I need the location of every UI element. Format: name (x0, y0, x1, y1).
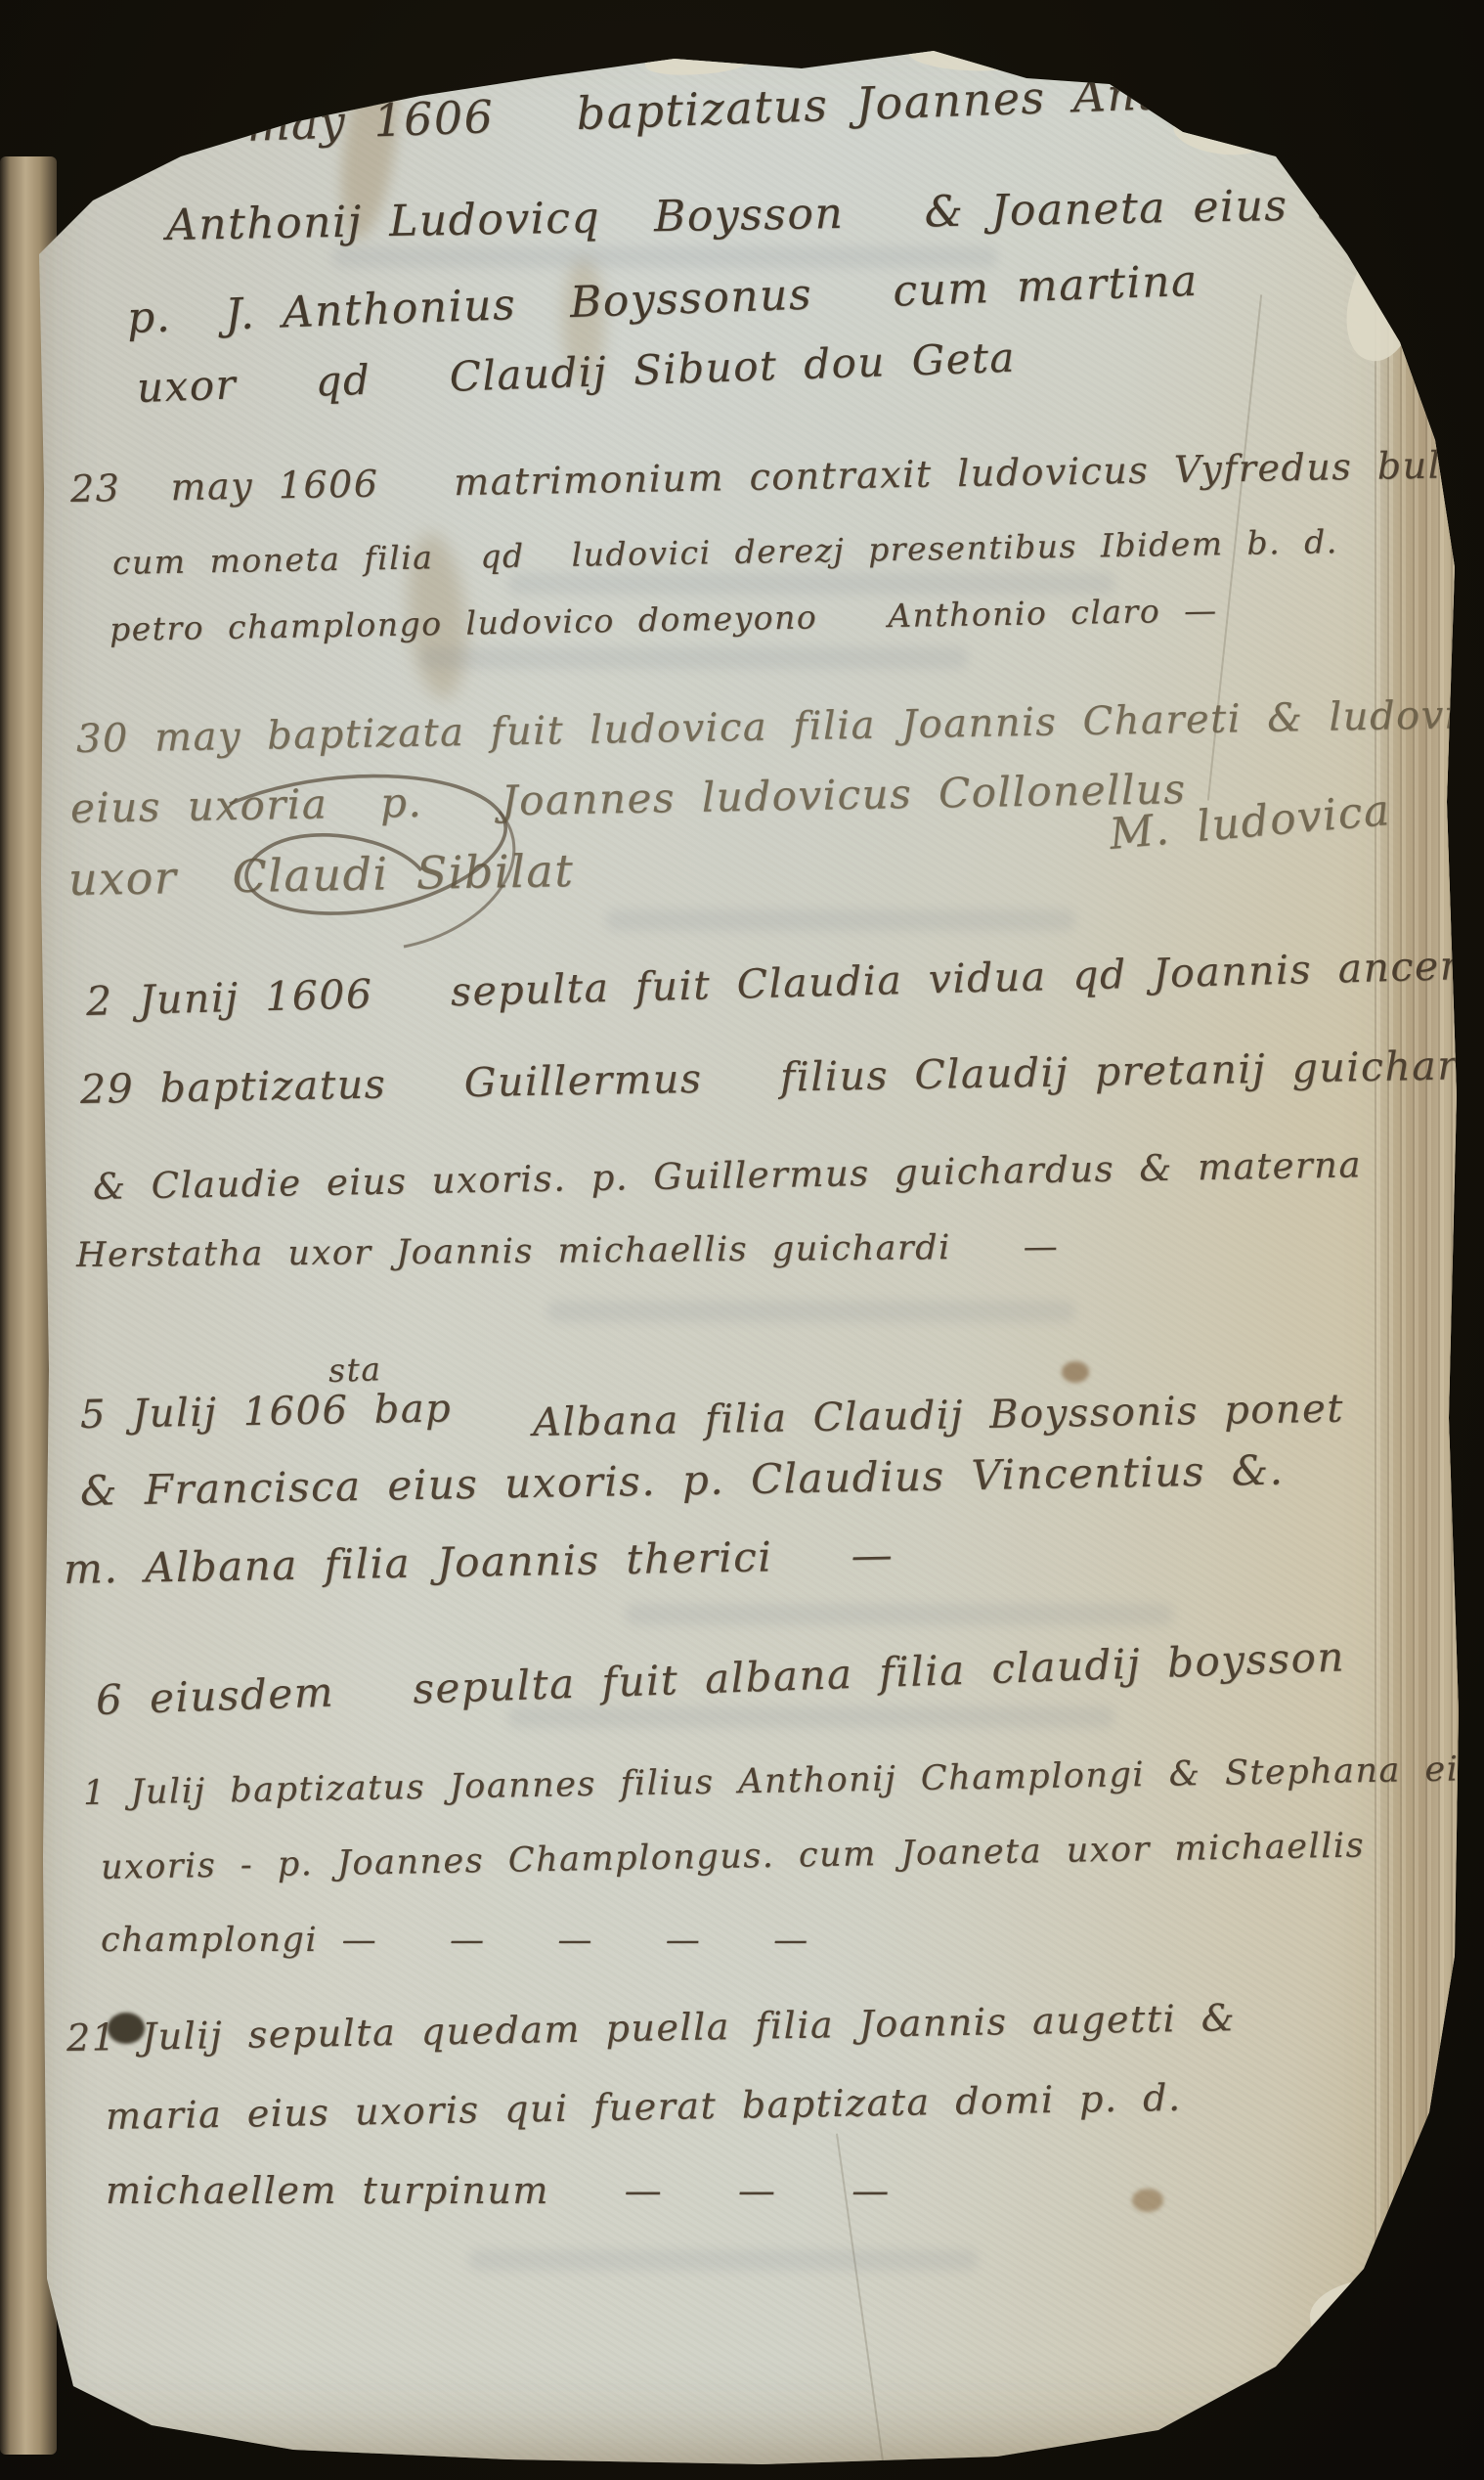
ink-showthrough (606, 909, 1075, 931)
torn-edge-fragment (1170, 106, 1268, 160)
entry-2-line-1: 23 may 1606 matrimonium contraxit ludovi… (70, 442, 1484, 510)
entry-6-line-1b: Albana filia Claudij Boyssonis ponet (533, 1387, 1345, 1445)
photo-background: 16 may 1606 baptizatus Joannes Anthonius… (0, 0, 1484, 2480)
entry-9-line-3: michaellem turpinum — — — (106, 2169, 891, 2212)
entry-2-line-3: petro champlongo ludovico domeyono Antho… (109, 591, 1218, 648)
manuscript-page: 16 may 1606 baptizatus Joannes Anthonius… (0, 0, 1484, 2480)
entry-6-line-2: & Francisca eius uxoris. p. Claudius Vin… (80, 1446, 1285, 1515)
torn-edge-fragment (1336, 238, 1431, 368)
ink-showthrough (547, 1301, 1075, 1322)
stain (1132, 2189, 1163, 2212)
entry-2-line-2: cum moneta filia qd ludovici derezj pres… (112, 522, 1338, 582)
torn-edge-fragment (644, 45, 754, 78)
entry-3-line-2: eius uxoria p. Joannes ludovicus Collone… (70, 765, 1187, 832)
entry-8-line-3: champlongi — — — — — (101, 1921, 809, 1960)
ink-showthrough (420, 647, 968, 669)
entry-9-line-2: maria eius uxoris qui fuerat baptizata d… (106, 2076, 1182, 2138)
ink-showthrough (626, 1604, 1173, 1625)
ink-showthrough (508, 1706, 1114, 1728)
ink-showthrough (332, 246, 997, 268)
stain (1281, 29, 1320, 63)
entry-1-line-3: p. J. Anthonius Boyssonus cum martina (126, 256, 1199, 343)
torn-edge-fragment (908, 38, 1026, 73)
entry-6-superscript: sta (327, 1350, 382, 1390)
entry-7-line-1: 6 eiusdem sepulta fuit albana filia clau… (95, 1632, 1345, 1724)
entry-1-line-4: uxor qd Claudij Sibuot dou Geta (136, 333, 1017, 412)
entry-5-line-2: & Claudie eius uxoris. p. Guillermus gui… (93, 1143, 1363, 1208)
torn-edge-fragment (1305, 2268, 1442, 2358)
entry-5-line-3: Herstatha uxor Joannis michaellis guicha… (76, 1227, 1059, 1275)
entry-9-line-1: 21 Julij sepulta quedam puella filia Joa… (66, 1996, 1237, 2059)
entry-8-line-2: uxoris - p. Joannes Champlongus. cum Joa… (101, 1826, 1366, 1887)
entry-6-line-1a: 5 Julij 1606 bap (80, 1386, 453, 1438)
entry-5-line-1: 29 baptizatus Guillermus filius Claudij … (80, 1041, 1484, 1113)
entry-4-line-1: 2 Junij 1606 sepulta fuit Claudia vidua … (85, 941, 1484, 1025)
stain (1062, 1361, 1089, 1383)
entry-1-line-1: 16 may 1606 baptizatus Joannes Anthonius… (131, 56, 1465, 155)
entry-3-line-3: uxor Claudi Sibilat (68, 844, 575, 906)
ink-blot (113, 96, 143, 180)
entry-8-line-1: 1 Julij baptizatus Joannes filius Anthon… (83, 1749, 1484, 1813)
entry-6-line-3: m. Albana filia Joannis therici — (64, 1530, 895, 1593)
ink-showthrough (508, 573, 1114, 595)
entry-1-line-2: Anthonij Ludovicq Boysson & Joaneta eius… (166, 178, 1459, 250)
entry-3-line-1: 30 may baptizata fuit ludovica filia Joa… (76, 691, 1484, 762)
ink-showthrough (469, 2249, 978, 2271)
